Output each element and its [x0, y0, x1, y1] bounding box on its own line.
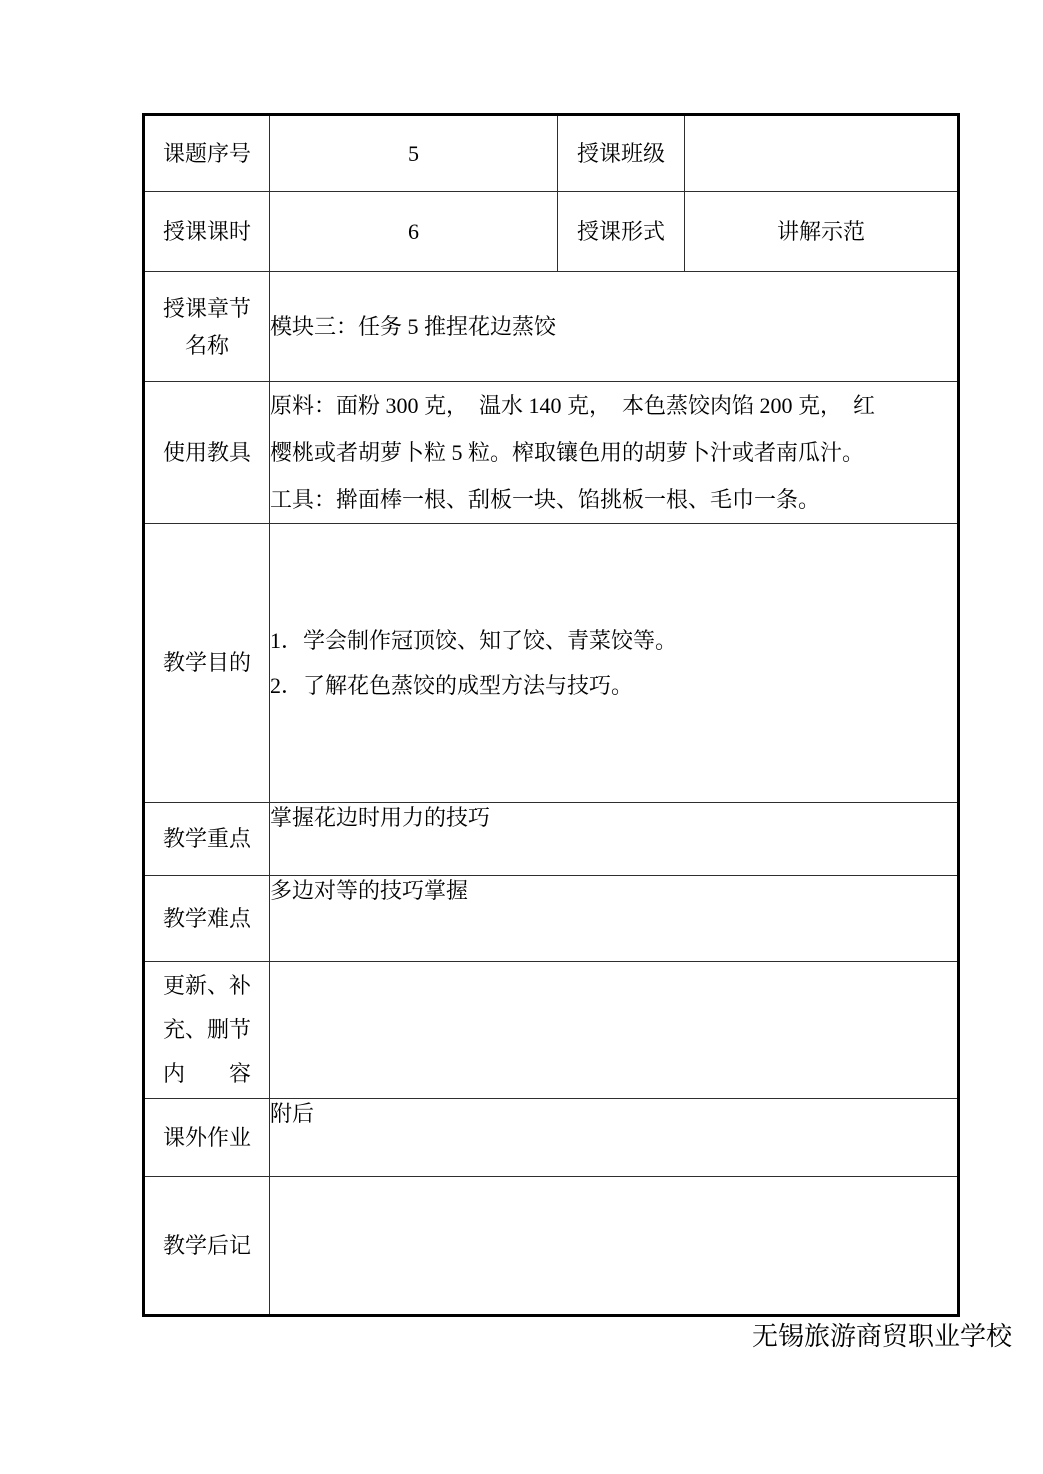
value-teaching-focus: 掌握花边时用力的技巧 [270, 803, 959, 876]
label-lesson-number: 课题序号 [144, 115, 270, 192]
label-update-line2: 充、删节 [145, 1008, 269, 1052]
label-chapter-name-line2: 名称 [145, 327, 269, 364]
value-class [685, 115, 959, 192]
teaching-aids-line3: 工具：擀面棒一根、刮板一块、馅挑板一根、毛巾一条。 [270, 476, 957, 523]
label-teaching-notes: 教学后记 [144, 1177, 270, 1316]
value-teaching-notes [270, 1177, 959, 1316]
teaching-aids-line1: 原料：面粉 300 克， 温水 140 克， 本色蒸饺肉馅 200 克， 红 [270, 382, 957, 429]
value-teaching-aids: 原料：面粉 300 克， 温水 140 克， 本色蒸饺肉馅 200 克， 红 樱… [270, 382, 959, 524]
table-row: 使用教具 原料：面粉 300 克， 温水 140 克， 本色蒸饺肉馅 200 克… [144, 382, 959, 524]
label-teaching-objectives: 教学目的 [144, 524, 270, 803]
label-chapter-name: 授课章节 名称 [144, 272, 270, 382]
teaching-objective-2: 2．了解花色蒸饺的成型方法与技巧。 [270, 663, 957, 708]
table-row: 教学难点 多边对等的技巧掌握 [144, 876, 959, 962]
label-teaching-aids: 使用教具 [144, 382, 270, 524]
school-name: 无锡旅游商贸职业学校 [0, 1320, 1012, 1354]
value-lesson-number: 5 [270, 115, 558, 192]
label-teaching-difficulty: 教学难点 [144, 876, 270, 962]
chapter-name-text: 模块三：任务 5 推捏花边蒸饺 [270, 312, 957, 342]
value-homework: 附后 [270, 1099, 959, 1177]
table-row: 课题序号 5 授课班级 [144, 115, 959, 192]
table-row: 课外作业 附后 [144, 1099, 959, 1177]
teaching-objective-1: 1．学会制作冠顶饺、知了饺、青菜饺等。 [270, 618, 957, 663]
value-periods: 6 [270, 192, 558, 272]
label-homework: 课外作业 [144, 1099, 270, 1177]
table-row: 教学后记 [144, 1177, 959, 1316]
label-periods: 授课课时 [144, 192, 270, 272]
label-teaching-format: 授课形式 [558, 192, 685, 272]
label-update-supplement-content: 更新、补 充、删节 内 容 [144, 962, 270, 1099]
value-update-supplement-content [270, 962, 959, 1099]
table-row: 更新、补 充、删节 内 容 [144, 962, 959, 1099]
label-class: 授课班级 [558, 115, 685, 192]
label-chapter-name-line1: 授课章节 [145, 290, 269, 327]
table-row: 教学重点 掌握花边时用力的技巧 [144, 803, 959, 876]
value-chapter-name: 模块三：任务 5 推捏花边蒸饺 [270, 272, 959, 382]
label-update-line1: 更新、补 [145, 964, 269, 1008]
label-update-line3: 内 容 [145, 1052, 269, 1096]
lesson-plan-table: 课题序号 5 授课班级 授课课时 6 授课形式 讲解示范 授课章节 名称 模块三… [142, 113, 960, 1317]
value-teaching-objectives: 1．学会制作冠顶饺、知了饺、青菜饺等。 2．了解花色蒸饺的成型方法与技巧。 [270, 524, 959, 803]
value-teaching-format: 讲解示范 [685, 192, 959, 272]
teaching-aids-line2: 樱桃或者胡萝卜粒 5 粒。榨取镶色用的胡萝卜汁或者南瓜汁。 [270, 429, 957, 476]
table-row: 授课课时 6 授课形式 讲解示范 [144, 192, 959, 272]
table-row: 教学目的 1．学会制作冠顶饺、知了饺、青菜饺等。 2．了解花色蒸饺的成型方法与技… [144, 524, 959, 803]
value-teaching-difficulty: 多边对等的技巧掌握 [270, 876, 959, 962]
label-teaching-focus: 教学重点 [144, 803, 270, 876]
table-row: 授课章节 名称 模块三：任务 5 推捏花边蒸饺 [144, 272, 959, 382]
